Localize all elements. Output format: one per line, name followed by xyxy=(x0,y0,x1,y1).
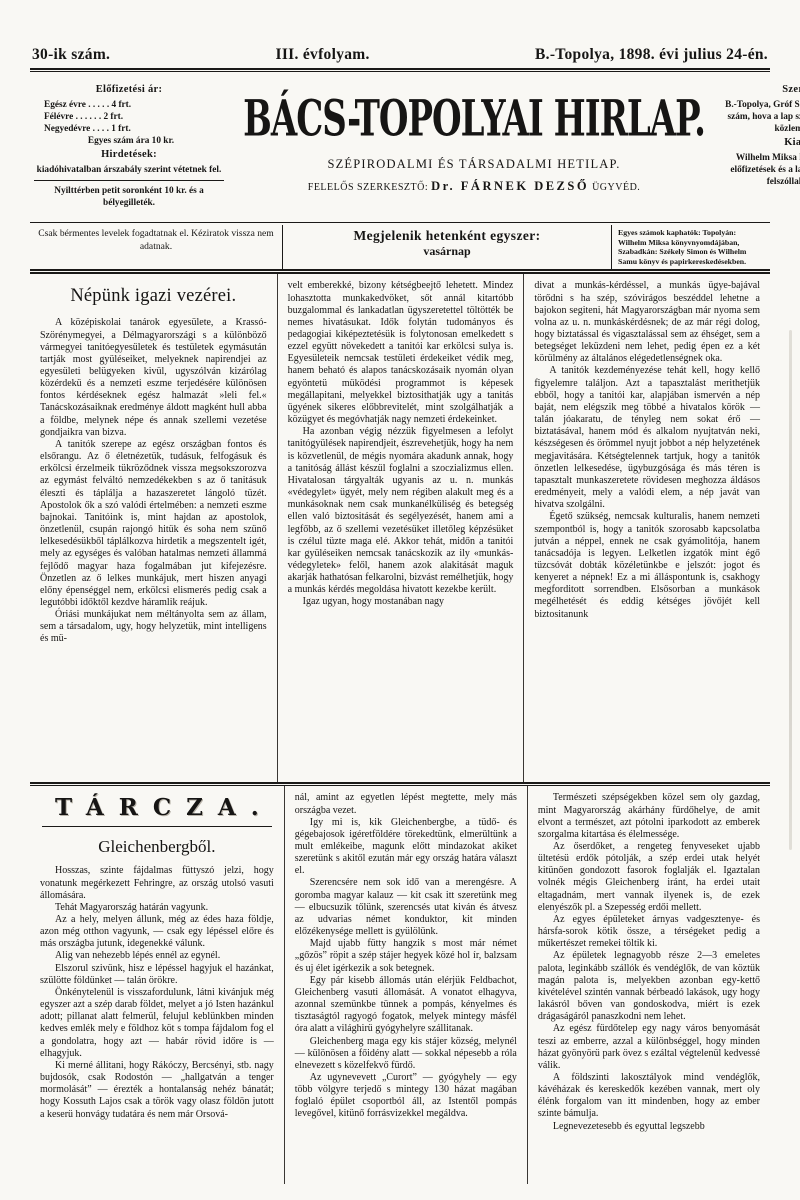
paragraph: nál, amint az egyetlen lépést megtette, … xyxy=(295,792,517,816)
feuilleton-column-3: Természeti szépségekben közel sem oly ga… xyxy=(527,786,770,1184)
lead-article-column-3: divat a munkás-kérdéssel, a munkás ügye-… xyxy=(523,274,770,782)
correspondence-note: Csak bérmentes levelek fogadtatnak el. K… xyxy=(30,225,282,269)
paragraph: Tehát Magyarország határán vagyunk. xyxy=(40,902,274,914)
info-band: Csak bérmentes levelek fogadtatnak el. K… xyxy=(30,225,770,269)
rate-line: Negyedévre . . . . 1 frt. xyxy=(44,123,218,135)
paragraph: Az egész fürdőtelep egy nagy város benyo… xyxy=(538,1023,760,1072)
publication-frequency: Megjelenik hetenként egyszer: vasárnap xyxy=(282,225,612,269)
issue-number: 30-ik szám. xyxy=(32,46,110,64)
paragraph: Hosszas, szinte fájdalmas füttyszó jelzi… xyxy=(40,865,274,901)
masthead-center: BÁCS-TOPOLYAI HIRLAP. SZÉPIRODALMI ÉS TÁ… xyxy=(236,80,712,216)
editor-suffix: ÜGYVÉD. xyxy=(592,182,640,193)
paragraph: A földszinti lakosztályok mind vendéglők… xyxy=(538,1072,760,1121)
paragraph: Ki merné állitani, hogy Rákóczy, Bercsén… xyxy=(40,1060,274,1121)
scan-artifact xyxy=(789,330,792,850)
paragraph: Gleichenberg maga egy kis stájer község,… xyxy=(295,1036,517,1072)
paragraph: divat a munkás-kérdéssel, a munkás ügye-… xyxy=(534,280,760,365)
paragraph: Legnevezetesebb és egyuttal legszebb xyxy=(538,1121,760,1133)
paragraph: Igy mi is, kik Gleichenbergbe, a tüdő- é… xyxy=(295,817,517,878)
divider xyxy=(34,180,224,181)
lead-article: Népünk igazi vezérei. A középiskolai tan… xyxy=(30,274,770,782)
feuilleton-column-1: TÁRCZA. Gleichenbergből. Hosszas, szinte… xyxy=(30,786,284,1184)
paragraph: Ha azonban végig nézzük figyelmesen a le… xyxy=(288,426,514,596)
paragraph: A tanitók kezdeményezése tehát kell, hog… xyxy=(534,365,760,511)
rate-line: Egyes szám ára 10 kr. xyxy=(44,135,218,147)
paragraph: Az egyes épületeket árnyas vadgesztenye-… xyxy=(538,914,760,950)
masthead: Előfizetési ár: Egész évre . . . . . 4 f… xyxy=(30,72,770,222)
newspaper-page: 30-ik szám. III. évfolyam. B.-Topolya, 1… xyxy=(0,0,800,1200)
paragraph: Igaz ugyan, hogy mostanában nagy xyxy=(288,596,514,608)
infoband-top-rule xyxy=(30,222,770,223)
feuilleton-article-title: Gleichenbergből. xyxy=(40,837,274,857)
subscription-rates: Egész évre . . . . . 4 frt. Félévre . . … xyxy=(30,99,228,147)
subscription-title: Előfizetési ár: xyxy=(30,84,228,96)
paragraph: Majd ujabb fütty hangzik s most már néme… xyxy=(295,938,517,974)
publisher-title: Kiadóhivatal: xyxy=(720,137,800,149)
editorial-text: B.-Topolya, Gróf Szécheny István utcza 6… xyxy=(720,99,800,135)
paragraph: A tanitók szerepe az egész országban fon… xyxy=(40,439,267,609)
paragraph: Önkénytelenül is visszafordulunk, látni … xyxy=(40,987,274,1060)
subscription-box: Előfizetési ár: Egész évre . . . . . 4 f… xyxy=(30,80,228,216)
editorial-title: Szerkesztőség: xyxy=(720,84,800,96)
volume: III. évfolyam. xyxy=(276,46,370,64)
lead-article-title: Népünk igazi vezérei. xyxy=(40,286,267,307)
editorial-office-box: Szerkesztőség: B.-Topolya, Gróf Szécheny… xyxy=(720,80,800,216)
paragraph: Az épületek legnagyobb része 2—3 emelete… xyxy=(538,950,760,1023)
paragraph: Elszorul szivünk, hisz e lépéssel hagyju… xyxy=(40,963,274,987)
rate-line: Félévre . . . . . . 2 frt. xyxy=(44,111,218,123)
frequency-line2: vasárnap xyxy=(289,244,605,259)
newspaper-subtitle: SZÉPIRODALMI ÉS TÁRSADALMI HETILAP. xyxy=(236,157,712,172)
dateline: B.-Topolya, 1898. évi julius 24-én. xyxy=(535,46,768,64)
publisher-text: Wilhelm Miksa könyvnyomdája, hova az elő… xyxy=(720,152,800,188)
paragraph: Természeti szépségekben közel sem oly ga… xyxy=(538,792,760,841)
paragraph: A középiskolai tanárok egyesülete, a Kra… xyxy=(40,317,267,439)
open-column-text: Nyilttérben petit soronként 10 kr. és a … xyxy=(30,185,228,209)
paragraph: velt emberekké, bizony kétségbeejtő lehe… xyxy=(288,280,514,426)
paragraph: Alig van nehezebb lépés ennél az egynél. xyxy=(40,950,274,962)
frequency-line1: Megjelenik hetenként egyszer: xyxy=(289,228,605,244)
editor-name: Dr. FÁRNEK DEZSŐ xyxy=(431,179,589,193)
paragraph: Az őserdőket, a rengeteg fenyveseket uja… xyxy=(538,841,760,914)
paragraph: Az a hely, melyen állunk, még az édes ha… xyxy=(40,914,274,950)
lead-article-column-2: velt emberekké, bizony kétségbeejtő lehe… xyxy=(277,274,524,782)
paragraph: Óriási munkájukat nem méltányolta sem az… xyxy=(40,609,267,645)
paragraph: Az ugynevevett „Curort” — gyógyhely — eg… xyxy=(295,1072,517,1121)
rate-line: Egész évre . . . . . 4 frt. xyxy=(44,99,218,111)
lead-article-column-1: Népünk igazi vezérei. A középiskolai tan… xyxy=(30,274,277,782)
paragraph: Égető szükség, nemcsak kulturalis, hanem… xyxy=(534,511,760,620)
editor-prefix: FELELŐS SZERKESZTŐ: xyxy=(308,182,428,193)
feuilleton-section-title: TÁRCZA. xyxy=(40,794,274,821)
feuilleton-section: TÁRCZA. Gleichenbergből. Hosszas, szinte… xyxy=(30,786,770,1184)
feuilleton-title-rule xyxy=(42,826,272,827)
ads-text: kiadóhivatalban árszabály szerint vétetn… xyxy=(30,164,228,176)
feuilleton-column-2: nál, amint az egyetlen lépést megtette, … xyxy=(284,786,527,1184)
editor-line: FELELŐS SZERKESZTŐ: Dr. FÁRNEK DEZSŐ ÜGY… xyxy=(236,179,712,194)
sales-points: Egyes számok kaphatók: Topolyán: Wilhelm… xyxy=(612,225,770,269)
paragraph: Szerencsére nem sok idő van a merengésre… xyxy=(295,877,517,938)
ads-title: Hirdetések: xyxy=(30,149,228,161)
paragraph: Egy pár kisebb állomás után elérjük Feld… xyxy=(295,975,517,1036)
topbar: 30-ik szám. III. évfolyam. B.-Topolya, 1… xyxy=(30,46,770,68)
newspaper-title: BÁCS-TOPOLYAI HIRLAP. xyxy=(243,90,705,148)
